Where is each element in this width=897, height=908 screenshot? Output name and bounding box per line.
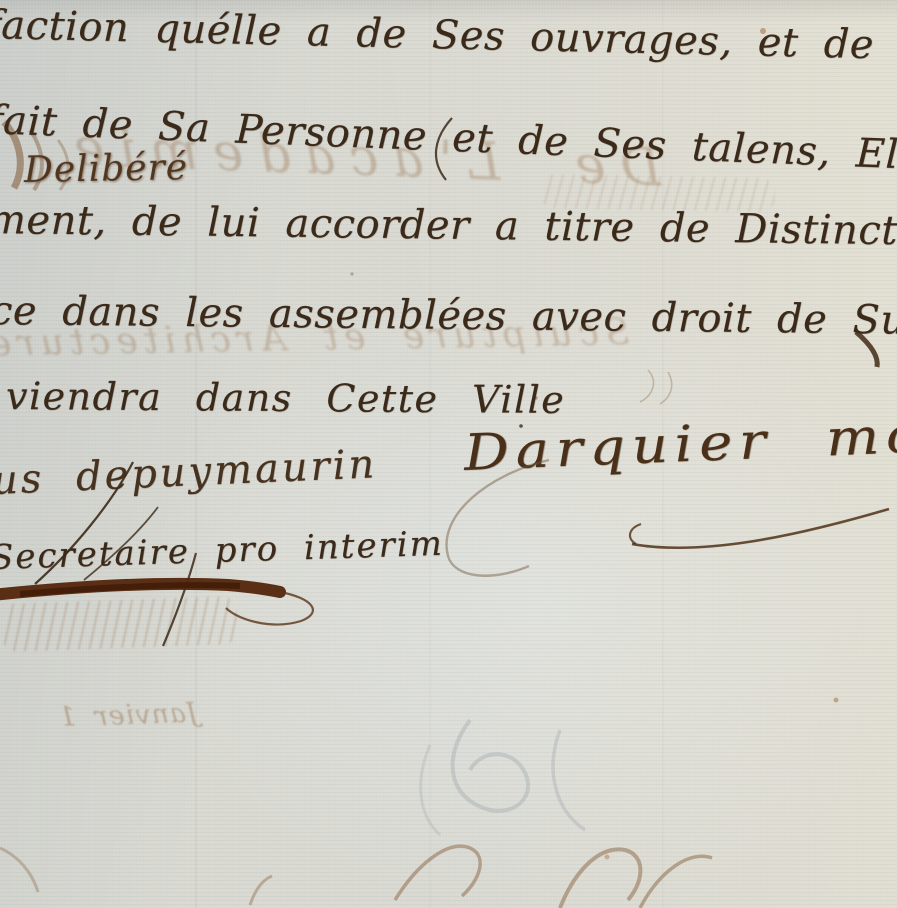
handwritten-line-6: viendra dans Cette Ville [6, 374, 566, 422]
bleedthrough-text-janvier: Janvier 1 [58, 698, 199, 734]
bleedthrough-hatch [1, 596, 238, 652]
manuscript-photo: De L'academie Sculpture et Architecture … [0, 0, 897, 908]
handwritten-line-delibere: Delibéré [24, 147, 189, 191]
